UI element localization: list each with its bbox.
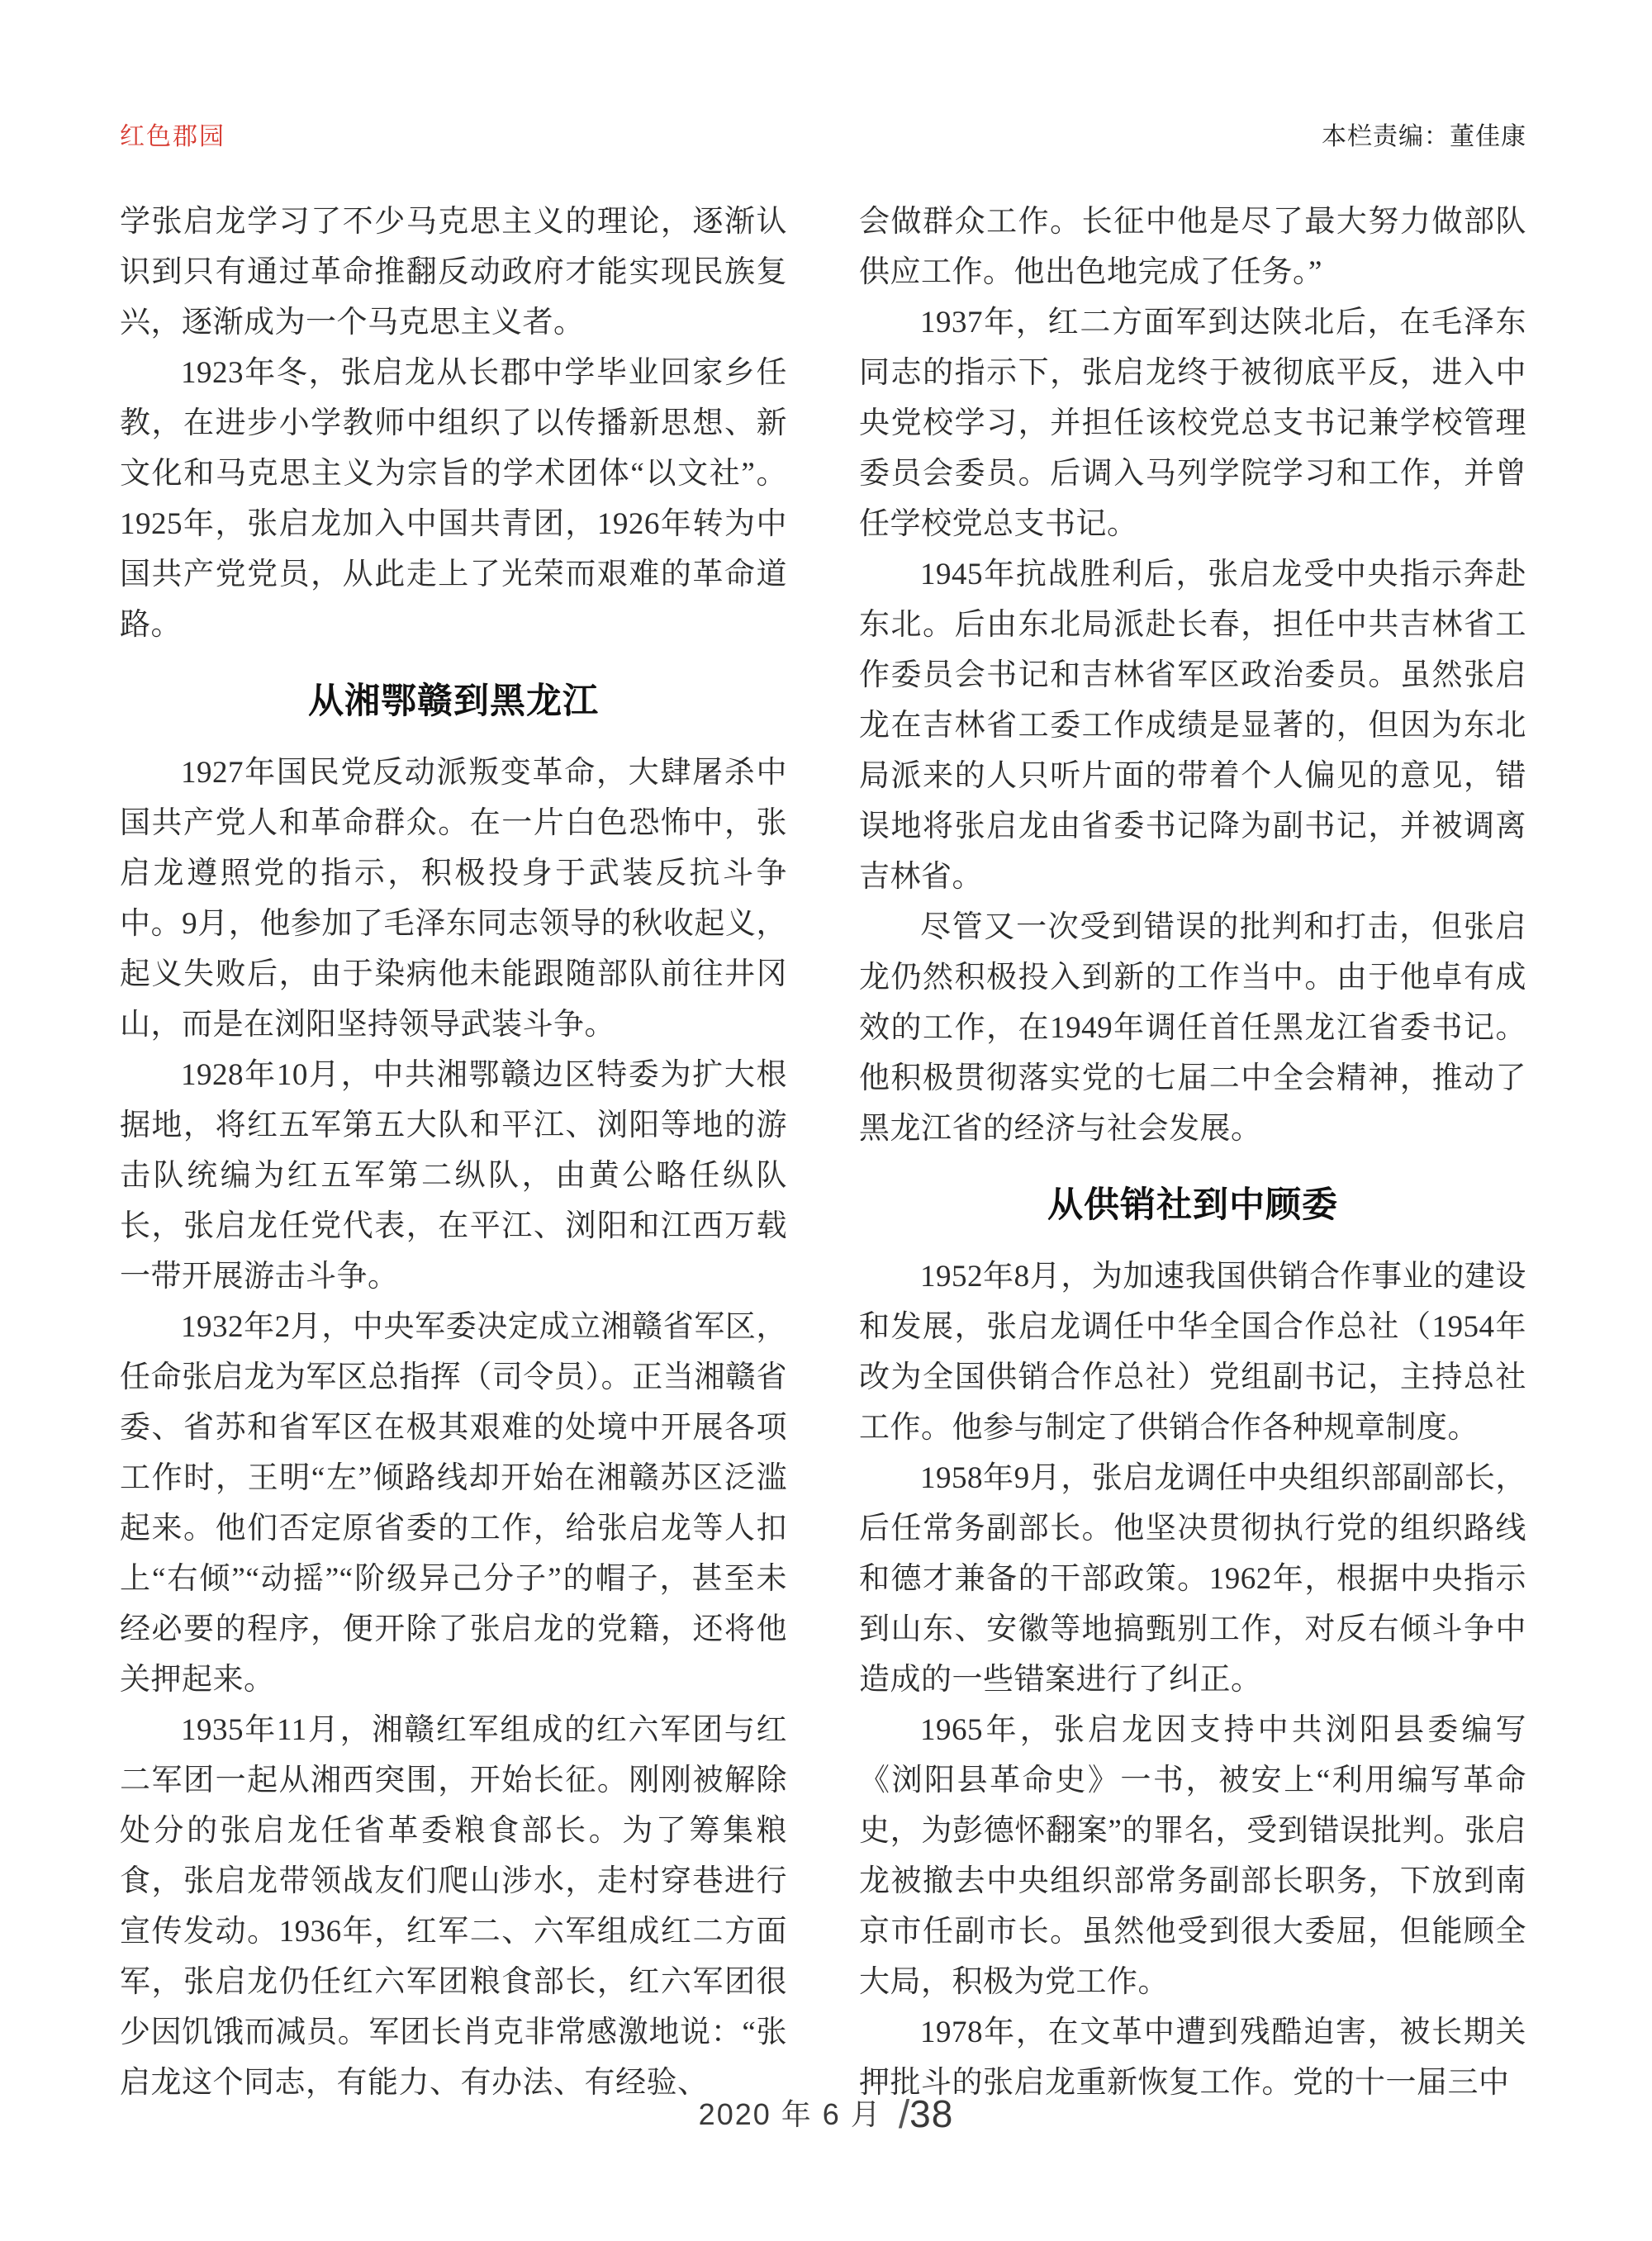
paragraph: 学张启龙学习了不少马克思主义的理论，逐渐认识到只有通过革命推翻反动政府才能实现民…	[120, 197, 787, 348]
paragraph: 1928年10月，中共湘鄂赣边区特委为扩大根据地，将红五军第五大队和平江、浏阳等…	[120, 1050, 787, 1302]
magazine-page: 红色郡园 本栏责编：董佳康 学张启龙学习了不少马克思主义的理论，逐渐认识到只有通…	[0, 0, 1652, 2241]
paragraph: 1923年冬，张启龙从长郡中学毕业回家乡任教，在进步小学教师中组织了以传播新思想…	[120, 348, 787, 650]
paragraph: 1935年11月，湘赣红军组成的红六军团与红二军团一起从湘西突围，开始长征。刚刚…	[120, 1705, 787, 2108]
column-title: 红色郡园	[120, 121, 225, 154]
paragraph: 1937年，红二方面军到达陕北后，在毛泽东同志的指示下，张启龙终于被彻底平反，进…	[859, 297, 1526, 549]
footer-issue-date: 2020 年 6 月	[699, 2097, 882, 2131]
editor-credit: 本栏责编：董佳康	[1322, 121, 1526, 154]
paragraph: 尽管又一次受到错误的批判和打击，但张启龙仍然积极投入到新的工作当中。由于他卓有成…	[859, 902, 1526, 1154]
paragraph: 1958年9月，张启龙调任中央组织部副部长，后任常务副部长。他坚决贯彻执行党的组…	[859, 1453, 1526, 1705]
page-header: 红色郡园 本栏责编：董佳康	[120, 121, 1526, 154]
footer-separator: /	[899, 2093, 909, 2137]
article-body: 学张启龙学习了不少马克思主义的理论，逐渐认识到只有通过革命推翻反动政府才能实现民…	[120, 197, 1526, 2108]
footer-page-number: 38	[909, 2092, 953, 2135]
right-column: 会做群众工作。长征中他是尽了最大努力做部队供应工作。他出色地完成了任务。” 19…	[859, 197, 1526, 2108]
paragraph: 1927年国民党反动派叛变革命，大肆屠杀中国共产党人和革命群众。在一片白色恐怖中…	[120, 748, 787, 1050]
paragraph: 1965年，张启龙因支持中共浏阳县委编写《浏阳县革命史》一书，被安上“利用编写革…	[859, 1705, 1526, 2007]
page-footer: 2020 年 6 月 /38	[0, 2091, 1652, 2138]
paragraph: 1932年2月，中央军委决定成立湘赣省军区，任命张启龙为军区总指挥（司令员）。正…	[120, 1302, 787, 1705]
section-heading: 从湘鄂赣到黑龙江	[120, 678, 787, 724]
paragraph: 1952年8月，为加速我国供销合作事业的建设和发展，张启龙调任中华全国合作总社（…	[859, 1251, 1526, 1453]
section-heading: 从供销社到中顾委	[859, 1182, 1526, 1228]
paragraph: 会做群众工作。长征中他是尽了最大努力做部队供应工作。他出色地完成了任务。”	[859, 197, 1526, 297]
left-column: 学张启龙学习了不少马克思主义的理论，逐渐认识到只有通过革命推翻反动政府才能实现民…	[120, 197, 787, 2108]
paragraph: 1945年抗战胜利后，张启龙受中央指示奔赴东北。后由东北局派赴长春，担任中共吉林…	[859, 549, 1526, 902]
